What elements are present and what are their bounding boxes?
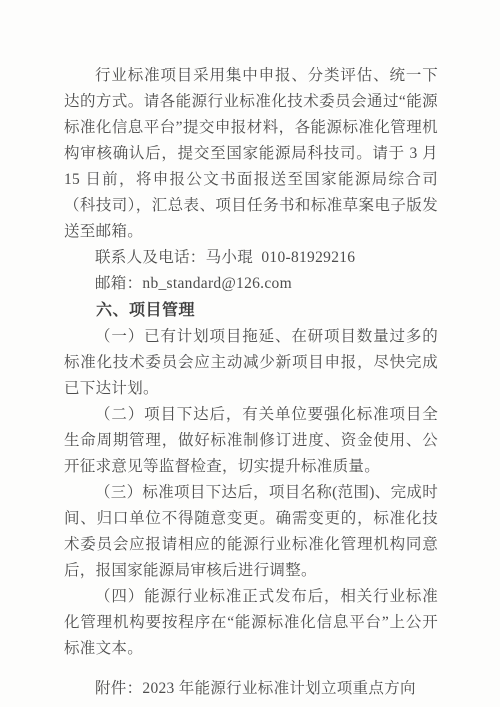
paragraph-item-4: （四）能源行业标准正式发布后，相关行业标准化管理机构要按程序在“能源标准化信息平… — [64, 584, 438, 662]
document-page: 行业标准项目采用集中申报、分类评估、统一下达的方式。请各能源行业标准化技术委员会… — [0, 0, 500, 707]
paragraph-item-2: （二）项目下达后，有关单位要强化标准项目全生命周期管理，做好标准制修订进度、资金… — [64, 402, 438, 480]
contact-email-line: 邮箱：nb_standard@126.com — [64, 271, 438, 297]
paragraph-item-1: （一）已有计划项目拖延、在研项目数量过多的标准化技术委员会应主动减少新项目申报，… — [64, 324, 438, 402]
section-heading-project-management: 六、项目管理 — [64, 297, 438, 324]
paragraph-submission-process: 行业标准项目采用集中申报、分类评估、统一下达的方式。请各能源行业标准化技术委员会… — [64, 63, 438, 245]
document-body: 行业标准项目采用集中申报、分类评估、统一下达的方式。请各能源行业标准化技术委员会… — [64, 63, 438, 702]
contact-phone-line: 联系人及电话：马小琨 010-81929216 — [64, 245, 438, 271]
attachment-line: 附件：2023 年能源行业标准计划立项重点方向 — [64, 676, 438, 702]
paragraph-item-3: （三）标准项目下达后，项目名称(范围)、完成时间、归口单位不得随意变更。确需变更… — [64, 480, 438, 584]
